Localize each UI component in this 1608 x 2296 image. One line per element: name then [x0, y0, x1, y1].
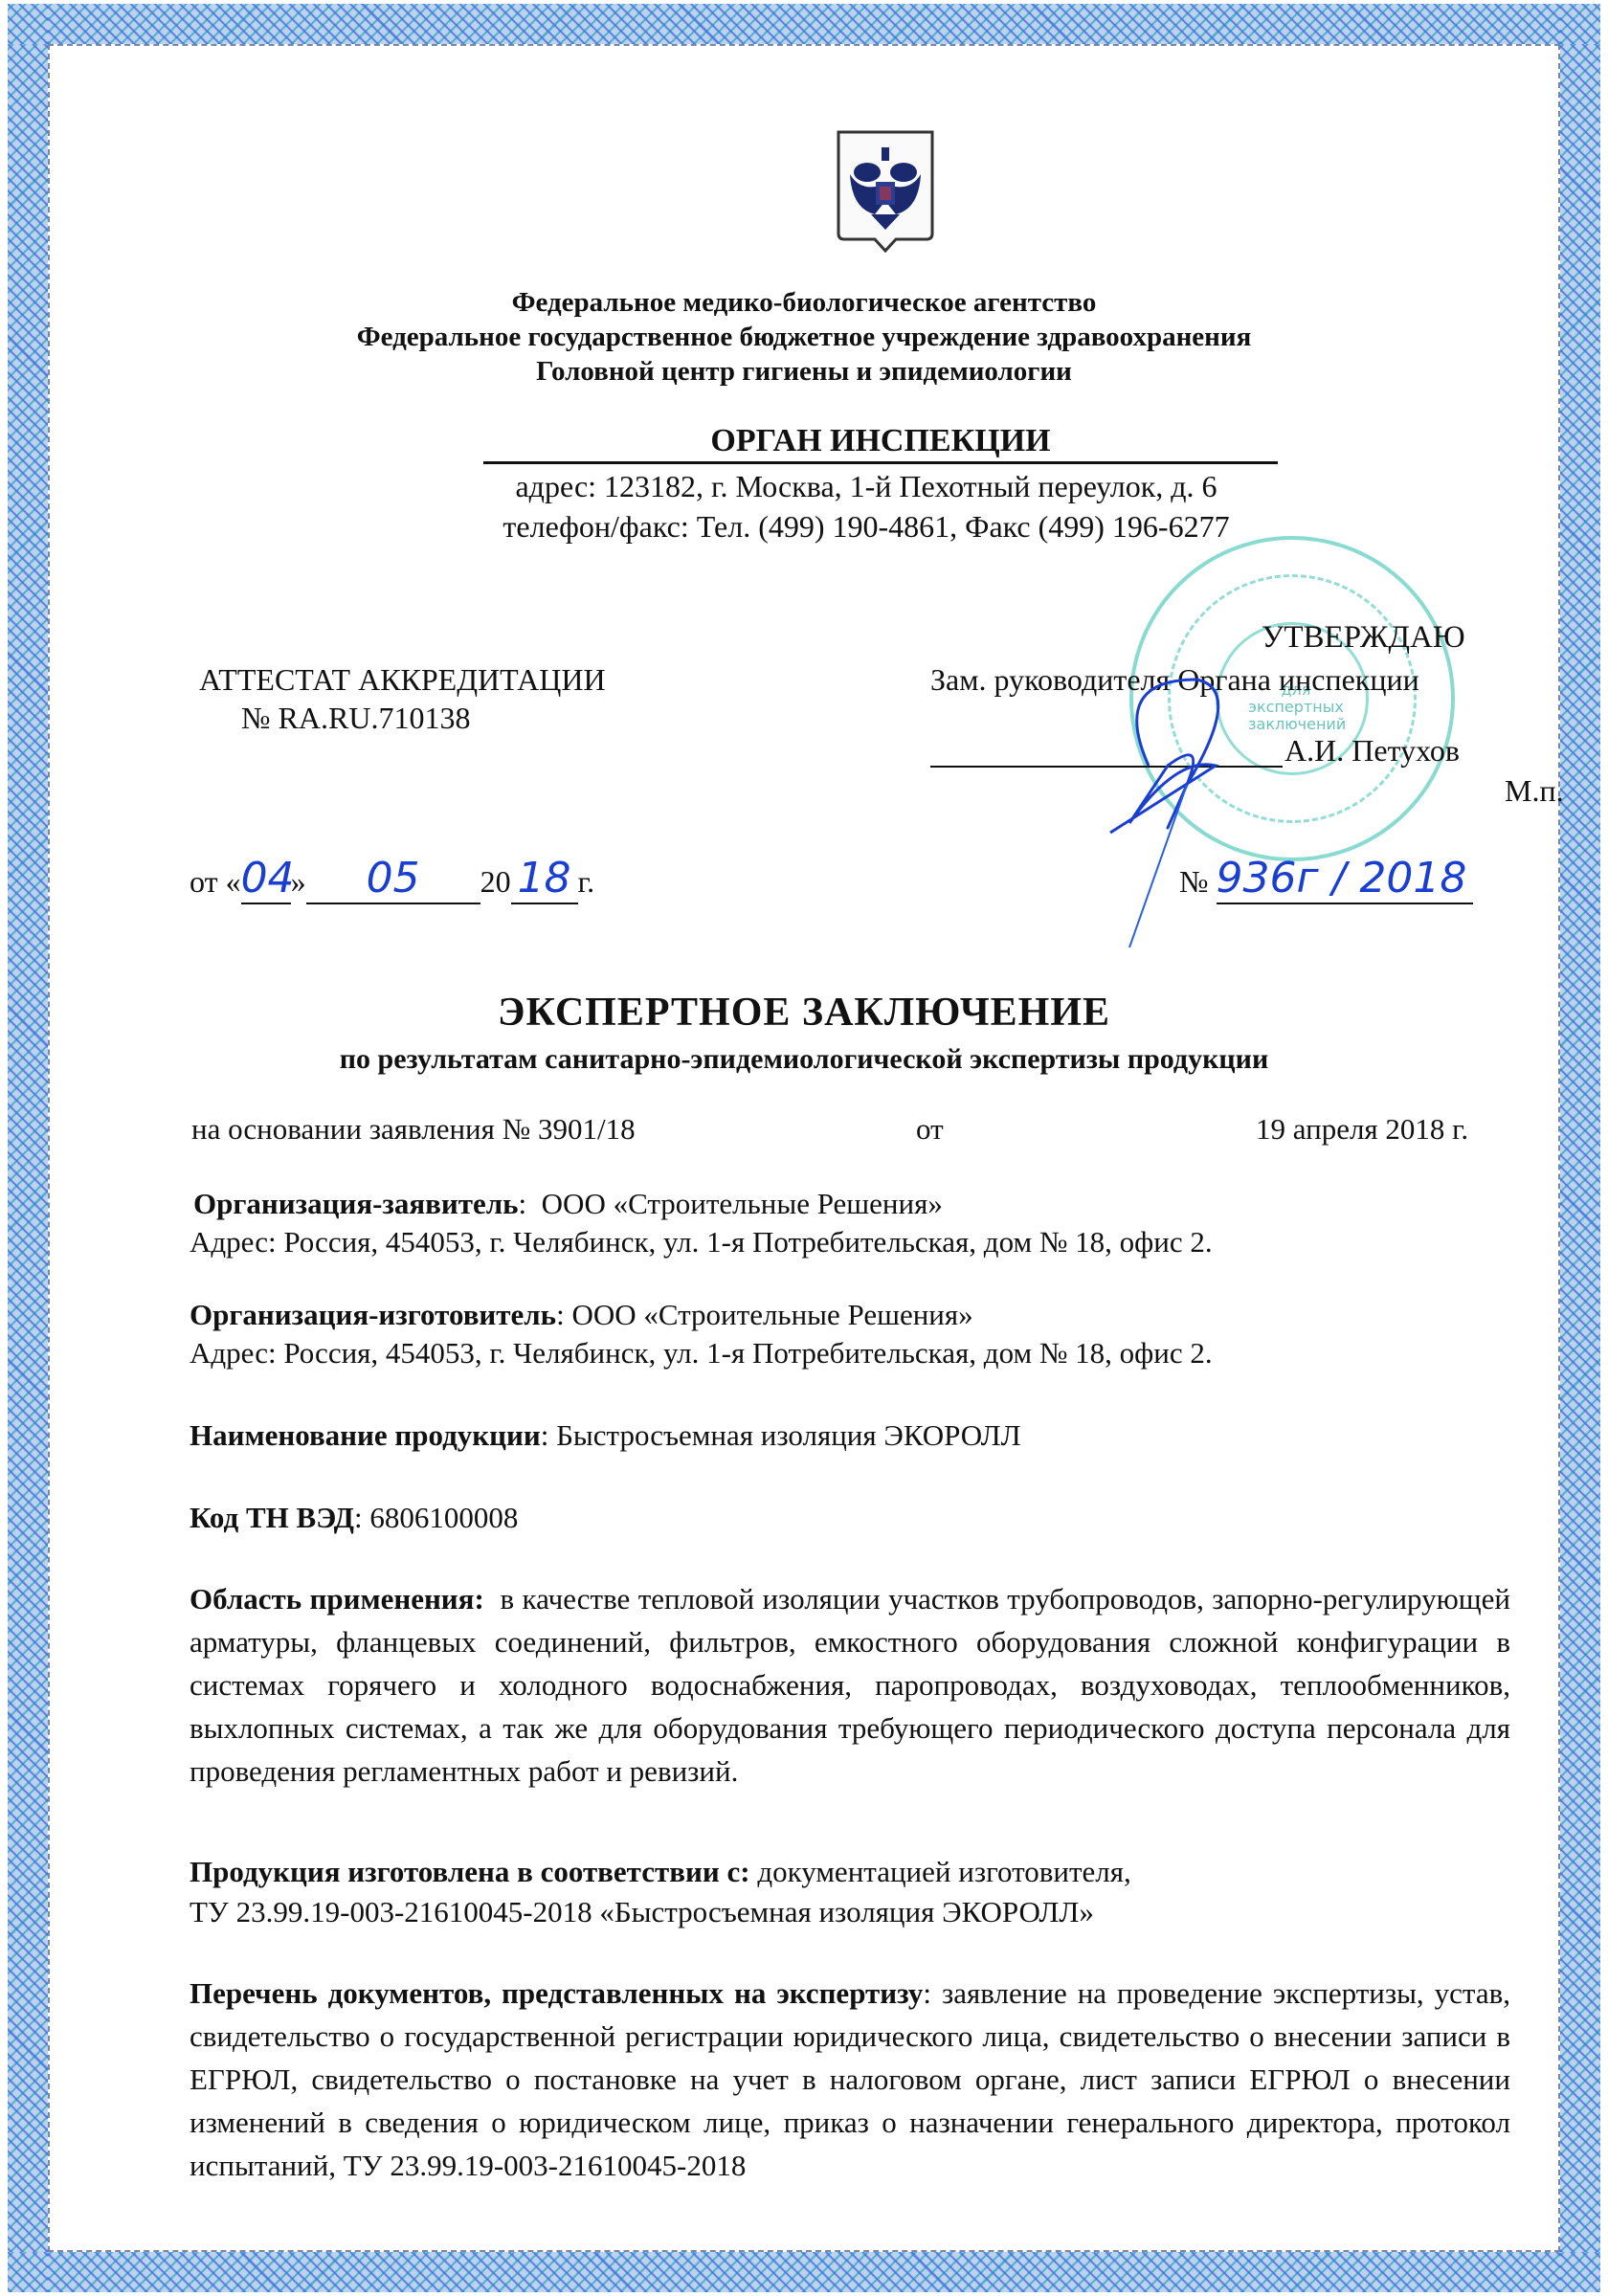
date-day: 04: [241, 854, 291, 904]
date-prefix: от «: [190, 864, 241, 899]
organ-address: адрес: 123182, г. Москва, 1-й Пехотный п…: [435, 469, 1297, 504]
applicant-label: Организация-заявитель: [193, 1187, 519, 1220]
accreditation-number: № RA.RU.710138: [241, 701, 470, 736]
seal-mark: М.п.: [1505, 773, 1564, 809]
manufacturer-address: Адрес: Россия, 454053, г. Челябинск, ул.…: [190, 1336, 1213, 1371]
scope-label: Область применения: [190, 1582, 474, 1616]
applicant-address: Адрес: Россия, 454053, г. Челябинск, ул.…: [190, 1225, 1213, 1259]
tn-ved-label: Код ТН ВЭД: [190, 1501, 354, 1534]
date-month: 05: [306, 854, 480, 904]
compliance-line2: ТУ 23.99.19-003-21610045-2018 «Быстросъе…: [190, 1895, 1094, 1929]
approve-label: УТВЕРЖДАЮ: [1262, 620, 1465, 656]
number-field: № 936г / 2018: [1179, 854, 1473, 904]
basis-date: 19 апреля 2018 г.: [1256, 1112, 1468, 1147]
product-row: Наименование продукции: Быстросъемная из…: [190, 1418, 1021, 1453]
document-subtitle: по результатам санитарно-эпидемиологичес…: [0, 1043, 1608, 1076]
agency-line-3: Головной центр гигиены и эпидемиологии: [0, 356, 1608, 388]
document-title: ЭКСПЕРТНОЕ ЗАКЛЮЧЕНИЕ: [0, 990, 1608, 1036]
documents-list-paragraph: Перечень документов, представленных на э…: [190, 1972, 1510, 2187]
organ-title-rule: [483, 461, 1278, 464]
compliance-row: Продукция изготовлена в соответствии с: …: [190, 1855, 1131, 1889]
manufacturer-value: ООО «Строительные Решения»: [571, 1298, 972, 1331]
applicant-value: ООО «Строительные Решения»: [542, 1187, 943, 1220]
coat-of-arms-icon: [833, 126, 938, 256]
agency-line-1: Федеральное медико-биологическое агентст…: [0, 287, 1608, 319]
agency-line-2: Федеральное государственное бюджетное уч…: [0, 322, 1608, 353]
number-value: 936г / 2018: [1217, 854, 1473, 904]
basis-label: на основании заявления № 3901/18: [191, 1112, 636, 1147]
tn-ved-value: 6806100008: [369, 1501, 518, 1534]
product-value: Быстросъемная изоляция ЭКОРОЛЛ: [556, 1418, 1021, 1452]
basis-from: от: [916, 1112, 944, 1147]
date-year: 18: [511, 854, 578, 904]
accreditation-label: АТТЕСТАТ АККРЕДИТАЦИИ: [199, 662, 606, 698]
date-suffix: г.: [578, 864, 595, 899]
compliance-line1: документацией изготовителя,: [757, 1855, 1130, 1888]
date-century: 20: [480, 864, 511, 899]
date-mid: »: [291, 864, 306, 899]
compliance-label: Продукция изготовлена в соответствии с: [190, 1855, 740, 1888]
date-field: от «04»052018г.: [190, 854, 594, 904]
scope-paragraph: Область применения: в качестве тепловой …: [190, 1577, 1510, 1793]
number-prefix: №: [1179, 864, 1209, 899]
organ-phone-fax: телефон/факс: Тел. (499) 190-4861, Факс …: [435, 509, 1297, 545]
manufacturer-row: Организация-изготовитель: ООО «Строитель…: [190, 1298, 973, 1332]
tn-ved-row: Код ТН ВЭД: 6806100008: [190, 1501, 518, 1535]
applicant-row: Организация-заявитель: ООО «Строительные…: [193, 1187, 943, 1221]
organ-title: ОРГАН ИНСПЕКЦИИ: [483, 423, 1278, 459]
documents-list-label: Перечень документов, представленных на э…: [190, 1976, 923, 2010]
product-label: Наименование продукции: [190, 1418, 541, 1452]
manufacturer-label: Организация-изготовитель: [190, 1298, 556, 1331]
signatory-name: А.И. Петухов: [1284, 733, 1460, 769]
